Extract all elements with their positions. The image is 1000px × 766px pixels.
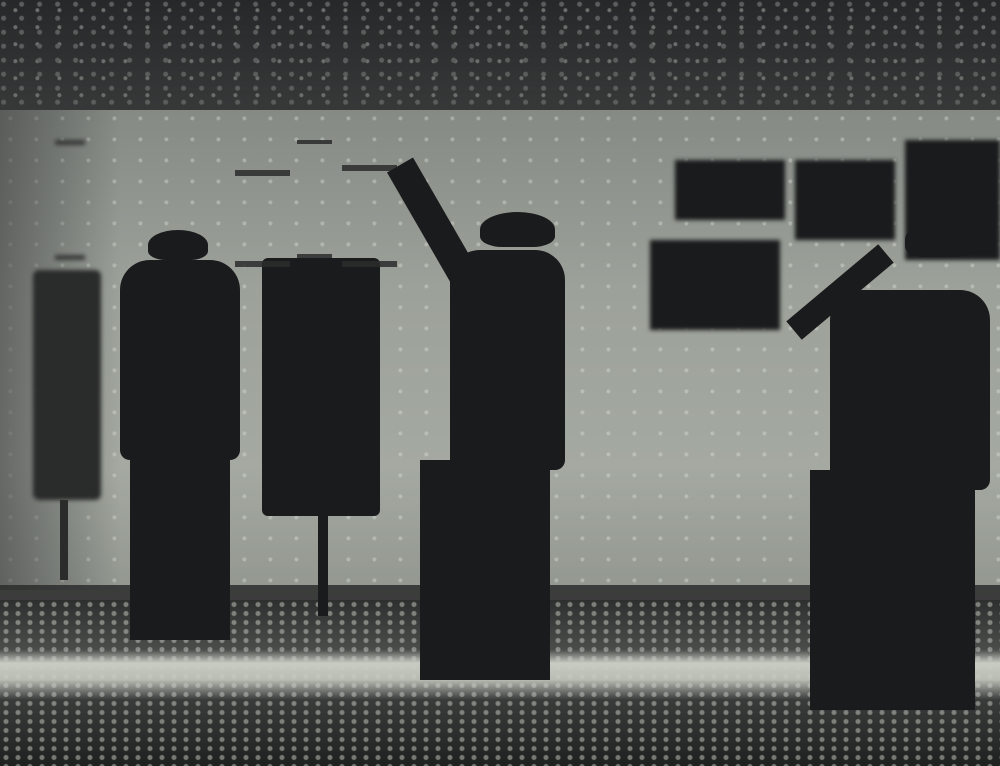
blurred-bag-1 [675,160,785,220]
center-bag-stand [318,516,328,616]
figure-1-legs [130,450,230,640]
figure-1-body [120,260,240,460]
center-spring-2 [297,140,332,258]
left-punching-bag [33,270,101,500]
figure-1-hat [148,230,208,260]
left-spring [55,140,85,260]
figure-3-body [830,290,990,490]
center-punching-bag [262,258,380,516]
center-spring-3 [342,165,397,267]
figure-2-legs [420,460,550,680]
photograph [0,0,1000,766]
center-spring-1 [235,170,290,267]
blurred-bag-2 [795,160,895,240]
figure-3-hat [905,222,975,257]
figure-3-legs [810,470,975,710]
figure-2-hat [480,212,555,247]
figure-2-body [450,250,565,470]
blurred-bag-3 [650,240,780,330]
left-bag-stand [60,500,68,580]
